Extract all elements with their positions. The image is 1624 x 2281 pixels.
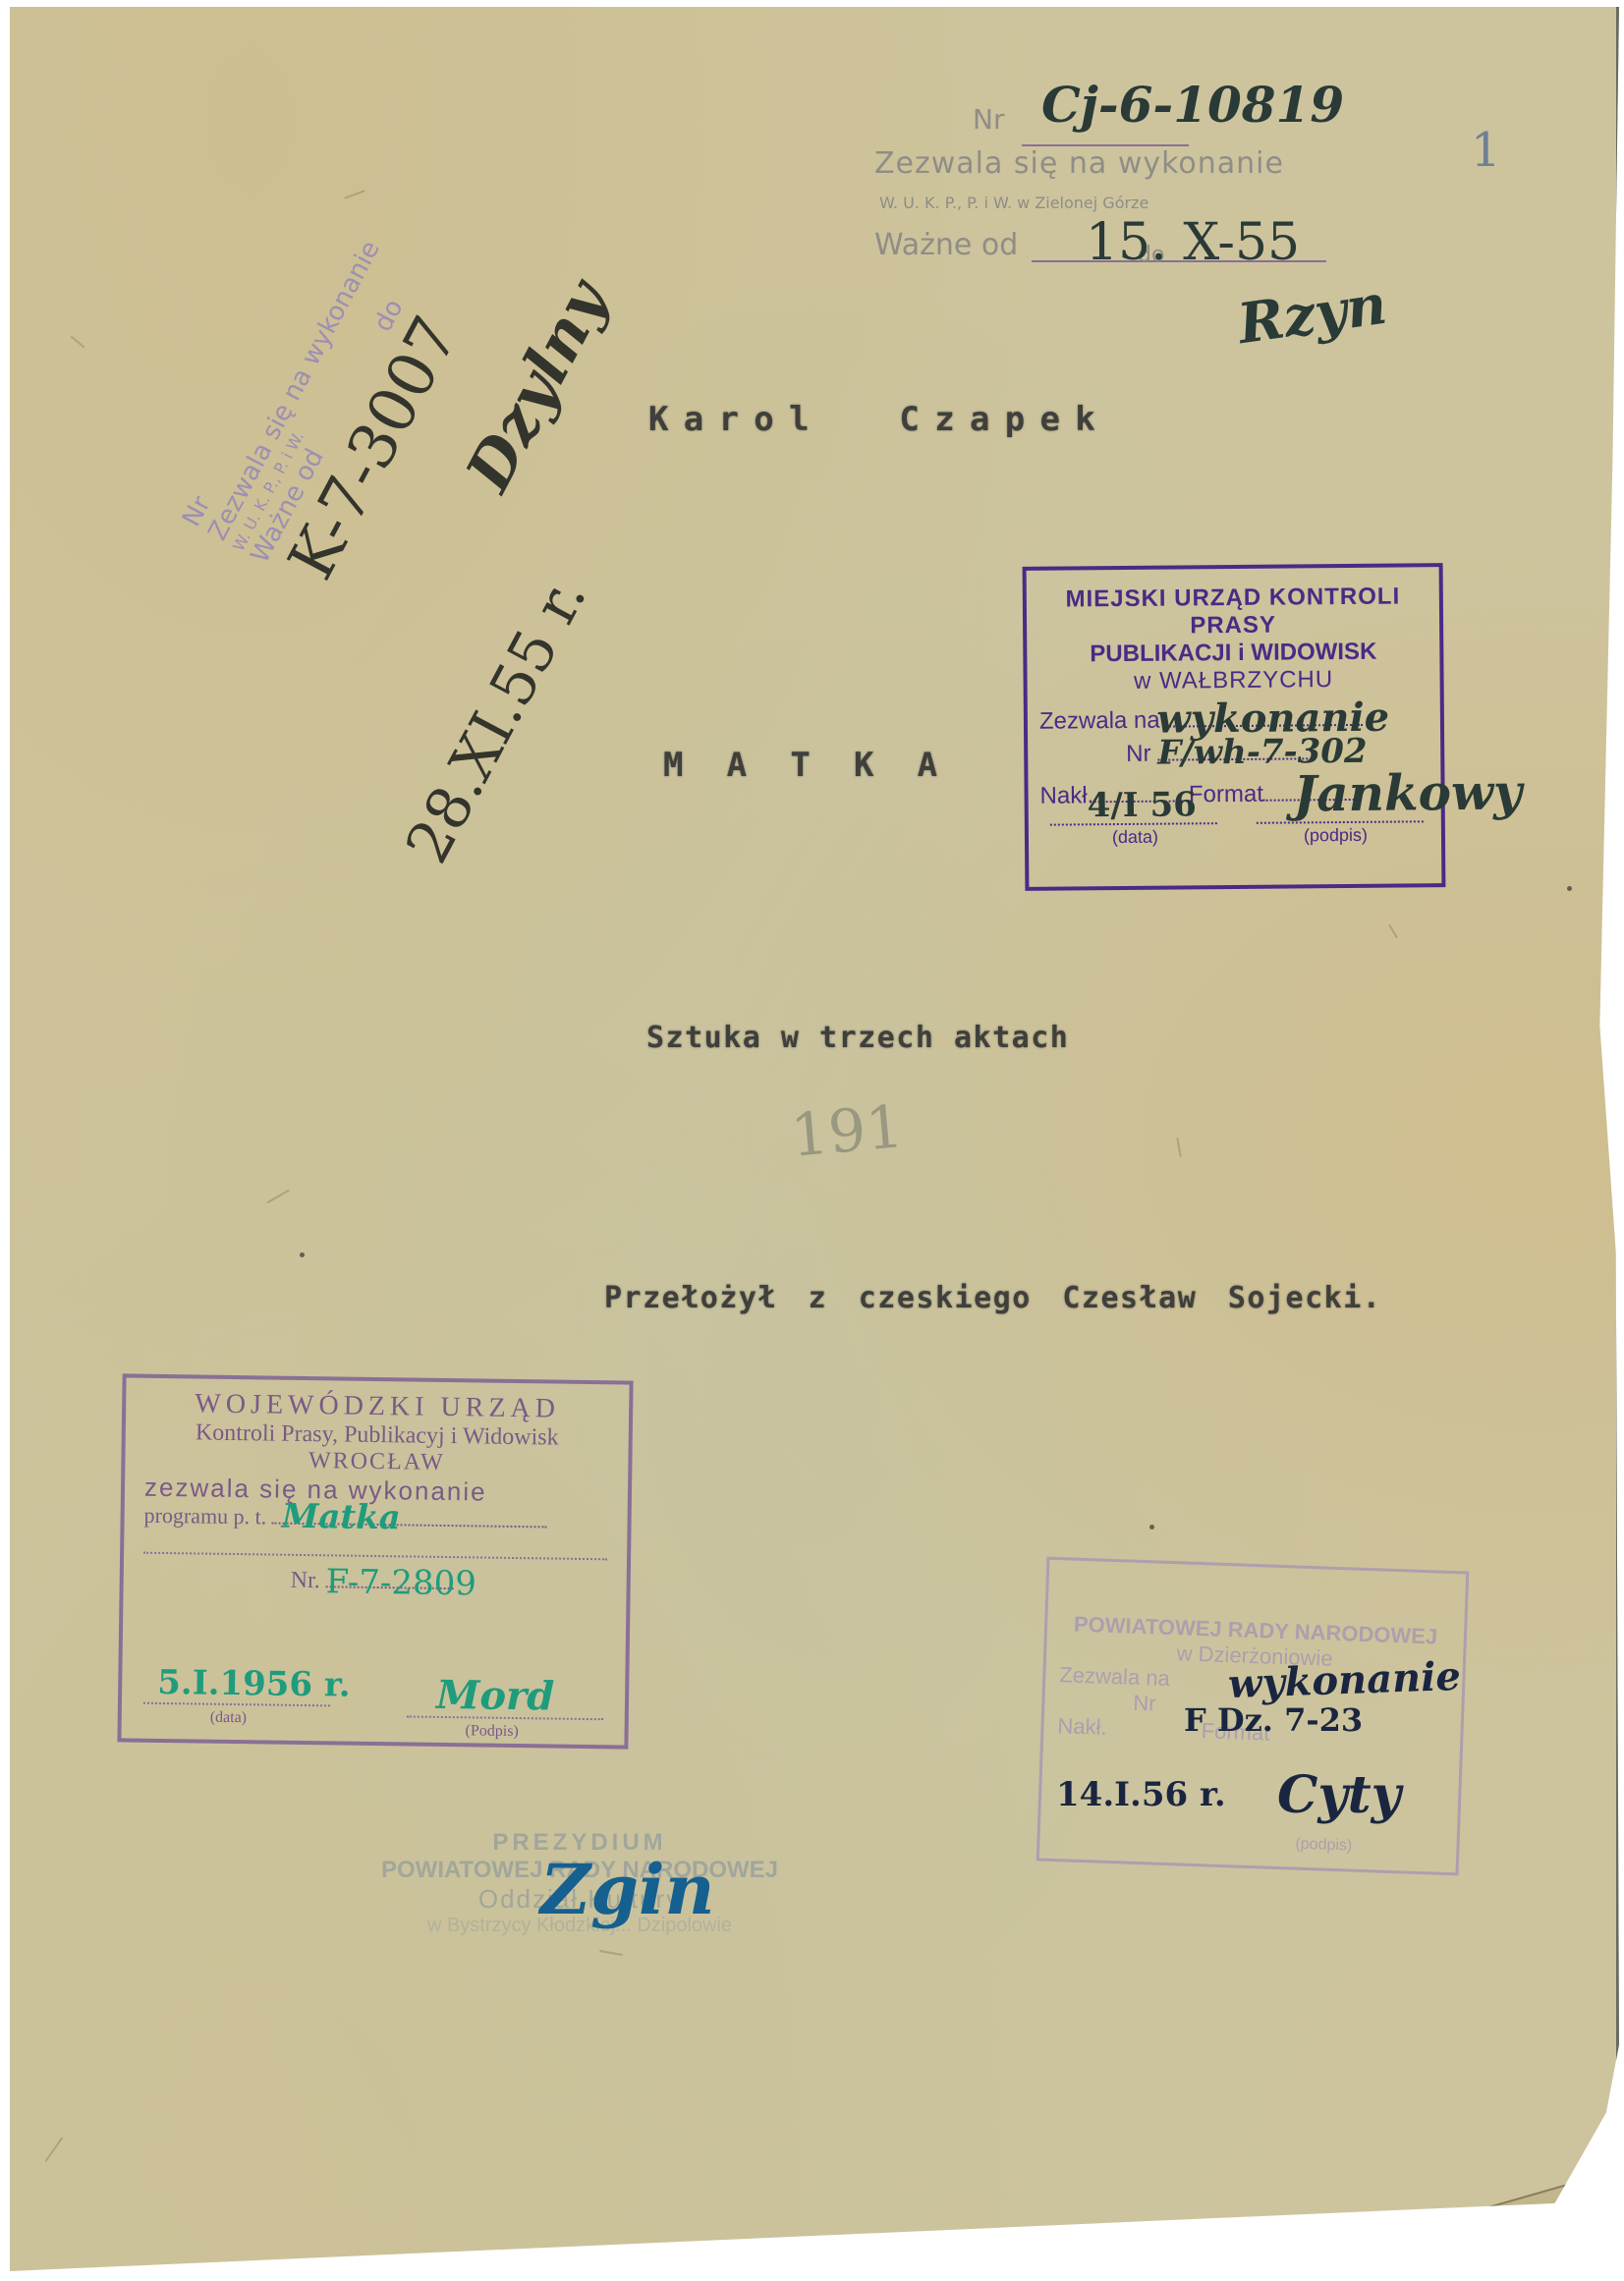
stamp-nr-value: Cj-6-10819 bbox=[1041, 76, 1344, 134]
walbrzych-nr-label: Nr bbox=[1126, 741, 1151, 767]
paper-fiber bbox=[1388, 924, 1398, 939]
powiat-signature: Cyty bbox=[1277, 1765, 1401, 1825]
wroclaw-program-label: programu p. t. bbox=[143, 1503, 266, 1530]
play-title: MATKA bbox=[663, 746, 980, 785]
paper-speck bbox=[1567, 886, 1572, 891]
wroclaw-signature-label: (Podpis) bbox=[465, 1722, 518, 1741]
folded-corner bbox=[1450, 2180, 1596, 2267]
powiat-nakl-label: Nakł. bbox=[1057, 1713, 1107, 1740]
powiat-date-value: 14.I.56 r. bbox=[1056, 1775, 1226, 1814]
stamp-office-text: W. U. K. P., P. i W. w Zielonej Górze bbox=[879, 194, 1148, 212]
stamp-signature: Rzyn bbox=[1234, 272, 1390, 357]
walbrzych-date-label: (data) bbox=[1112, 827, 1158, 848]
paper-fiber bbox=[599, 1950, 623, 1956]
walbrzych-line2: PUBLIKACJI i WIDOWISK bbox=[1027, 638, 1439, 669]
stamp-valid-from-value: 15. X-55 bbox=[1086, 213, 1300, 272]
pencil-mark: 191 bbox=[788, 1092, 906, 1171]
document-page: 1 Nr Cj-6-10819 Zezwala się na wykonanie… bbox=[10, 7, 1619, 2271]
walbrzych-format-label: Format bbox=[1189, 781, 1263, 808]
paper-speck bbox=[1149, 1525, 1154, 1530]
powiat-signature-label: (podpis) bbox=[1295, 1836, 1352, 1856]
walbrzych-date-value: 4/I 56 bbox=[1088, 785, 1197, 825]
walbrzych-permit-label: Zezwala na bbox=[1039, 707, 1160, 735]
top-permit-stamp: Nr Cj-6-10819 Zezwala się na wykonanie W… bbox=[874, 85, 1336, 282]
wroclaw-nr-label: Nr. bbox=[291, 1568, 320, 1593]
paper-fiber bbox=[70, 335, 84, 348]
rotated-handwritten-date: 28.XI.55 r. bbox=[393, 567, 600, 874]
paper-fiber bbox=[266, 1190, 290, 1204]
wroclaw-date-label: (data) bbox=[210, 1709, 248, 1728]
powiat-permit-value: wykonanie bbox=[1227, 1653, 1461, 1707]
paper-fiber bbox=[45, 2137, 64, 2162]
stamp-valid-from-label: Ważne od bbox=[874, 228, 1018, 262]
page-number: 1 bbox=[1471, 123, 1501, 178]
wroclaw-signature-line bbox=[407, 1715, 603, 1720]
walbrzych-nakl-label: Nakł. bbox=[1039, 782, 1093, 808]
prezydium-signature: Zgin bbox=[540, 1849, 715, 1930]
walbrzych-stamp: MIEJSKI URZĄD KONTROLI PRASY PUBLIKACJI … bbox=[1023, 563, 1446, 891]
wroclaw-program-value: Matka bbox=[282, 1497, 402, 1538]
walbrzych-signature-label: (podpis) bbox=[1304, 825, 1368, 847]
play-subtitle: Sztuka w trzech aktach bbox=[646, 1021, 1069, 1055]
walbrzych-line1: MIEJSKI URZĄD KONTROLI PRASY bbox=[1027, 583, 1439, 641]
wroclaw-stamp: WOJEWÓDZKI URZĄD Kontroli Prasy, Publika… bbox=[117, 1373, 633, 1749]
walbrzych-signature: Jankowy bbox=[1293, 762, 1522, 822]
stamp-permit-text: Zezwala się na wykonanie bbox=[874, 146, 1284, 181]
wroclaw-nr-value: F-7-2809 bbox=[325, 1562, 476, 1603]
paper-fiber bbox=[1176, 1138, 1181, 1157]
stamp-nr-label: Nr bbox=[973, 103, 1004, 136]
walbrzych-line3: w WAŁBRZYCHU bbox=[1027, 665, 1439, 696]
wroclaw-date-value: 5.I.1956 r. bbox=[157, 1663, 351, 1705]
author-name: Karol Czapek bbox=[648, 400, 1110, 439]
powiat-nr-value: F Dz. 7-23 bbox=[1184, 1701, 1363, 1739]
paper-speck bbox=[300, 1252, 305, 1257]
translator-credit: Przełożył z czeskiego Czesław Sojecki. bbox=[604, 1281, 1381, 1315]
wroclaw-signature: Mord bbox=[436, 1672, 555, 1720]
wroclaw-blank-line bbox=[143, 1552, 607, 1561]
